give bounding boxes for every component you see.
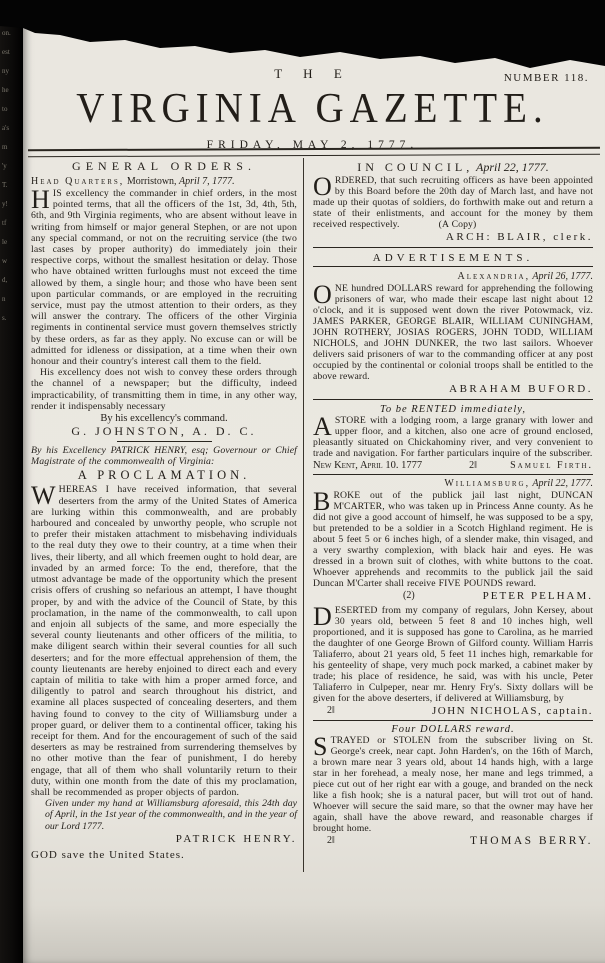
orders-dateline: Head Quarters, Morristown, April 7, 1777… xyxy=(31,176,297,187)
strayed-ad-paragraph: STRAYED or STOLEN from the subscriber li… xyxy=(313,735,593,834)
broke-jail-ad-paragraph: BROKE out of the publick jail last night… xyxy=(313,490,593,589)
masthead: T H E NUMBER 118. VIRGINIA GAZETTE. FRID… xyxy=(30,60,595,151)
paragraph-text: STORE with a lodging room, a large grana… xyxy=(313,415,593,459)
edge-fragment: d, xyxy=(2,276,23,285)
page-gutter-edge: )s, on. est ny he to a's m 'y T. y! tf l… xyxy=(0,0,23,963)
general-orders-paragraph: HIS excellency the commander in chief or… xyxy=(31,188,297,367)
council-title: IN COUNCIL, xyxy=(357,160,473,174)
strayed-ad-title: Four DOLLARS reward. xyxy=(313,724,593,735)
patrick-henry-signature: PATRICK HENRY. xyxy=(31,833,297,845)
edge-fragment: le xyxy=(2,238,23,247)
section-rule xyxy=(313,720,593,721)
arch-blair-signature: ARCH: BLAIR, clerk. xyxy=(313,231,593,243)
edge-fragment: m xyxy=(2,143,23,152)
orders-place: Head Quarters, xyxy=(31,176,124,187)
insertion-mark: 2‖ xyxy=(313,835,335,847)
insertion-mark: 2‖ xyxy=(455,460,477,471)
edge-fragment: a's xyxy=(2,124,23,133)
left-column: GENERAL ORDERS. Head Quarters, Morristow… xyxy=(31,158,297,861)
insertion-mark: (2) xyxy=(313,590,415,602)
dropcap-initial: B xyxy=(313,490,333,512)
right-column: IN COUNCIL, April 22, 1777. ORDERED, tha… xyxy=(313,160,593,847)
adc-signature: G. JOHNSTON, A. D. C. xyxy=(31,424,297,439)
rented-ad-paragraph: ASTORE with a lodging room, a large gran… xyxy=(313,415,593,459)
edge-fragment: )s, xyxy=(2,10,23,19)
section-rule xyxy=(313,266,593,267)
paragraph-text: TRAYED or STOLEN from the subscriber liv… xyxy=(313,735,593,834)
strayed-ad-footer: 2‖ THOMAS BERRY. xyxy=(313,835,593,847)
paragraph-text: HEREAS I have received information, that… xyxy=(31,484,297,797)
samuel-firth-signature: Samuel Firth. xyxy=(510,460,593,471)
deserted-ad-footer: 2‖ JOHN NICHOLAS, captain. xyxy=(313,705,593,717)
column-divider-rule xyxy=(303,158,304,872)
council-heading: IN COUNCIL, April 22, 1777. xyxy=(313,160,593,175)
given-under-hand-line: Given under my hand at Williamsburg afor… xyxy=(45,798,297,832)
paragraph-text: ROKE out of the publick jail last night,… xyxy=(313,490,593,589)
paragraph-text: ESERTED from my company of regulars, Joh… xyxy=(313,605,593,704)
ad-date: April 26, 1777. xyxy=(530,271,593,282)
governor-attribution: By his Excellency PATRICK HENRY, esq; Go… xyxy=(31,445,297,467)
edge-fragment: y! xyxy=(2,200,23,209)
john-nicholas-signature: JOHN NICHOLAS, captain. xyxy=(432,705,593,717)
broke-ad-footer: (2) PETER PELHAM. xyxy=(313,590,593,602)
orders-date: April 7, 1777. xyxy=(179,176,235,187)
ad-date: April 22, 1777. xyxy=(530,478,593,489)
edge-fragment: est xyxy=(2,48,23,57)
advertisements-heading: ADVERTISEMENTS. xyxy=(313,252,593,264)
ad-place: Williamsburg, xyxy=(444,478,530,489)
edge-fragment: n xyxy=(2,295,23,304)
williamsburg-dateline: Williamsburg, April 22, 1777. xyxy=(313,478,593,489)
dropcap-initial: A xyxy=(313,415,335,437)
proclamation-heading: A PROCLAMATION. xyxy=(31,468,297,483)
abraham-buford-signature: ABRAHAM BUFORD. xyxy=(313,383,593,395)
peter-pelham-signature: PETER PELHAM. xyxy=(483,590,593,602)
dropcap-initial: W xyxy=(31,484,59,506)
thomas-berry-signature: THOMAS BERRY. xyxy=(470,835,593,847)
ad-place: Alexandria, xyxy=(458,271,531,282)
section-rule xyxy=(313,399,593,400)
council-order-paragraph: ORDERED, that such recruiting officers a… xyxy=(313,175,593,230)
newspaper-scan: )s, on. est ny he to a's m 'y T. y! tf l… xyxy=(0,0,605,963)
rented-ad-footer: New Kent, April 10. 1777 2‖ Samuel Firth… xyxy=(313,460,593,471)
alexandria-ad-paragraph: ONE hundred DOLLARS reward for apprehend… xyxy=(313,283,593,382)
edge-fragment: 'y xyxy=(2,162,23,171)
edge-fragment: T. xyxy=(2,181,23,190)
paragraph-text: RDERED, that such recruiting officers as… xyxy=(313,175,593,230)
dropcap-initial: D xyxy=(313,605,335,627)
short-rule xyxy=(117,441,212,442)
council-date: April 22, 1777. xyxy=(473,160,548,174)
issue-number: NUMBER 118. xyxy=(504,72,589,84)
paragraph-text: NE hundred DOLLARS reward for apprehendi… xyxy=(313,283,593,382)
paragraph-text: IS excellency the commander in chief ord… xyxy=(31,188,297,367)
ad-footer-place-date: New Kent, April 10. 1777 xyxy=(313,460,422,471)
alexandria-dateline: Alexandria, April 26, 1777. xyxy=(313,271,593,282)
edge-fragment: tf xyxy=(2,219,23,228)
god-save-line: GOD save the United States. xyxy=(31,849,297,861)
dropcap-initial: H xyxy=(31,188,53,210)
section-rule xyxy=(313,247,593,248)
edge-fragment: ny xyxy=(2,67,23,76)
newspaper-title: VIRGINIA GAZETTE. xyxy=(30,84,595,133)
edge-fragment: w xyxy=(2,257,23,266)
dropcap-initial: O xyxy=(313,283,335,305)
command-line: By his excellency's command. xyxy=(31,413,297,424)
orders-town: Morristown, xyxy=(124,176,179,187)
section-rule xyxy=(313,474,593,475)
proclamation-paragraph: WHEREAS I have received information, tha… xyxy=(31,484,297,798)
dropcap-initial: O xyxy=(313,175,335,197)
rented-ad-title: To be RENTED immediately, xyxy=(313,404,593,415)
edge-fragment: he xyxy=(2,86,23,95)
deserted-ad-paragraph: DESERTED from my company of regulars, Jo… xyxy=(313,605,593,704)
dropcap-initial: S xyxy=(313,735,331,757)
general-orders-heading: GENERAL ORDERS. xyxy=(31,159,297,174)
edge-fragment: s. xyxy=(2,314,23,323)
orders-paragraph-2: His excellency does not wish to convey t… xyxy=(31,367,297,412)
insertion-mark: 2‖ xyxy=(313,705,335,717)
edge-fragment: to xyxy=(2,105,23,114)
edge-fragment: on. xyxy=(2,29,23,38)
